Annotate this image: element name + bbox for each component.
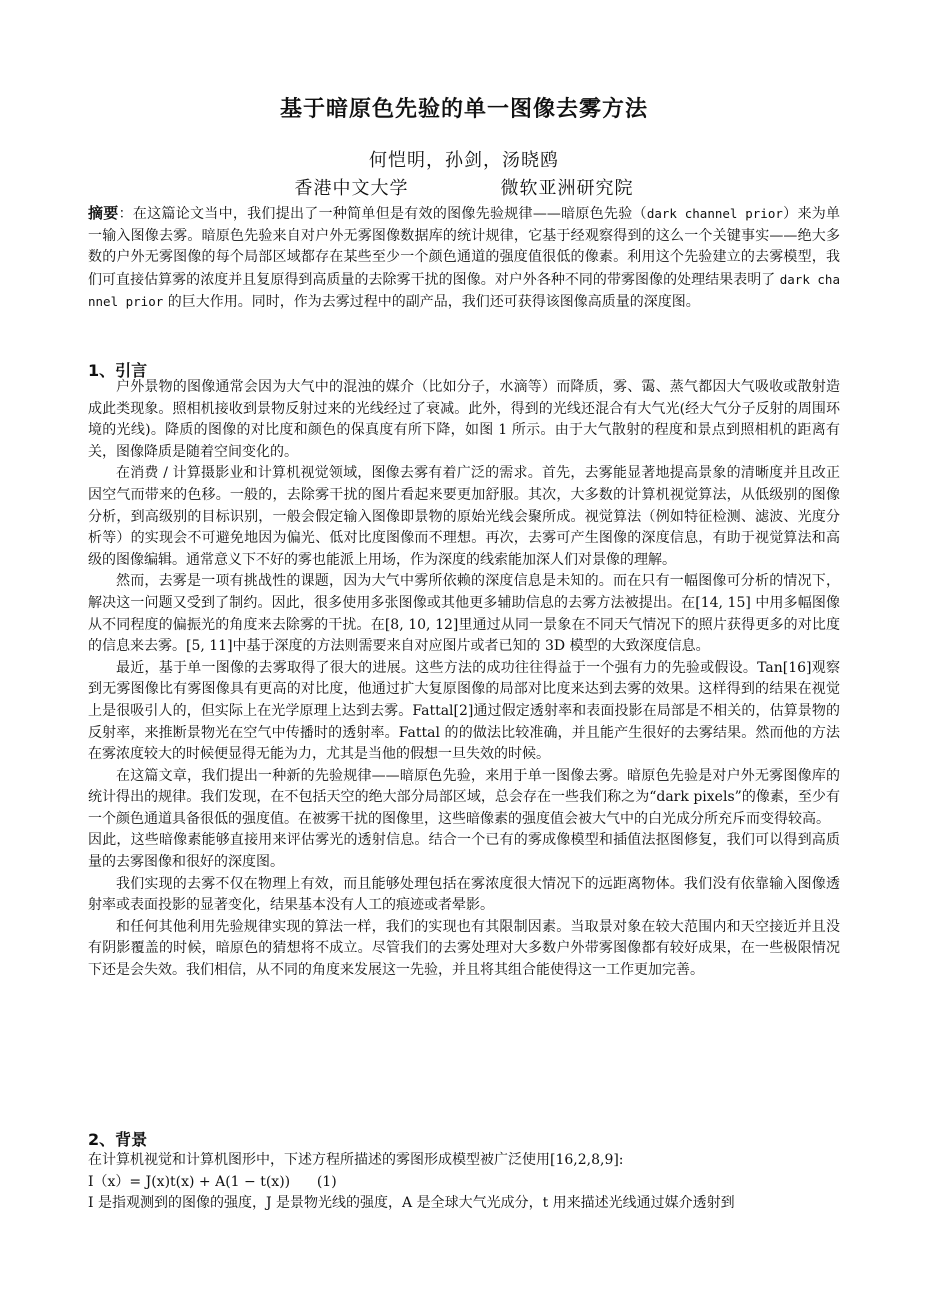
abstract-label: 摘要 [88,204,119,222]
intro-paragraph-4: 最近，基于单一图像的去雾取得了很大的进展。这些方法的成功往往得益于一个强有力的先… [88,658,840,766]
intro-paragraph-5: 在这篇文章，我们提出一种新的先验规律——暗原色先验，来用于单一图像去雾。暗原色先… [88,766,840,831]
abstract-text-1: 在这篇论文当中，我们提出了一种简单但是有效的图像先验规律——暗原色先验（ [133,206,647,222]
background-paragraph-2: I 是指观测到的图像的强度，J 是景物光线的强度，A 是全球大气光成分，t 用来… [88,1193,840,1215]
paper-title: 基于暗原色先验的单一图像去雾方法 [88,92,840,123]
intro-paragraph-6: 因此，这些暗像素能够直接用来评估雾光的透射信息。结合一个已有的雾成像模型和插值法… [88,830,840,873]
abstract: 摘要：在这篇论文当中，我们提出了一种简单但是有效的图像先验规律——暗原色先验（d… [88,203,840,314]
paper-affiliations: 香港中文大学微软亚洲研究院 [88,174,840,200]
intro-paragraph-3: 然而，去雾是一项有挑战性的课题，因为大气中雾所依赖的深度信息是未知的。而在只有一… [88,571,840,657]
abstract-text-3: 的巨大作用。同时，作为去雾过程中的副产品，我们还可获得该图像高质量的深度图。 [163,294,699,310]
abstract-separator: ： [119,206,133,222]
intro-paragraph-8: 和任何其他利用先验规律实现的算法一样，我们的实现也有其限制因素。当取景对象在较大… [88,917,840,982]
background-paragraph-1: 在计算机视觉和计算机图形中，下述方程所描述的雾图形成模型被广泛使用[16,2,8… [88,1150,840,1172]
abstract-term-1: dark channel prior [647,206,783,221]
intro-paragraph-1: 户外景物的图像通常会因为大气中的混浊的媒介（比如分子，水滴等）而降质，雾、霭、蒸… [88,377,840,463]
equation-1: I（x）= J(x)t(x) + A(1 − t(x)) (1) [88,1172,840,1194]
paper-authors: 何恺明，孙剑，汤晓鸥 [88,146,840,172]
intro-paragraph-7: 我们实现的去雾不仅在物理上有效，而且能够处理包括在雾浓度很大情况下的远距离物体。… [88,874,840,917]
section-introduction: 户外景物的图像通常会因为大气中的混浊的媒介（比如分子，水滴等）而降质，雾、霭、蒸… [88,377,840,982]
section-background: 在计算机视觉和计算机图形中，下述方程所描述的雾图形成模型被广泛使用[16,2,8… [88,1150,840,1215]
affiliation-cuhk: 香港中文大学 [295,174,409,200]
section-heading-background: 2、背景 [88,1127,147,1150]
intro-paragraph-2: 在消费 / 计算摄影业和计算机视觉领域，图像去雾有着广泛的需求。首先，去雾能显著… [88,463,840,571]
affiliation-msra: 微软亚洲研究院 [501,174,634,200]
